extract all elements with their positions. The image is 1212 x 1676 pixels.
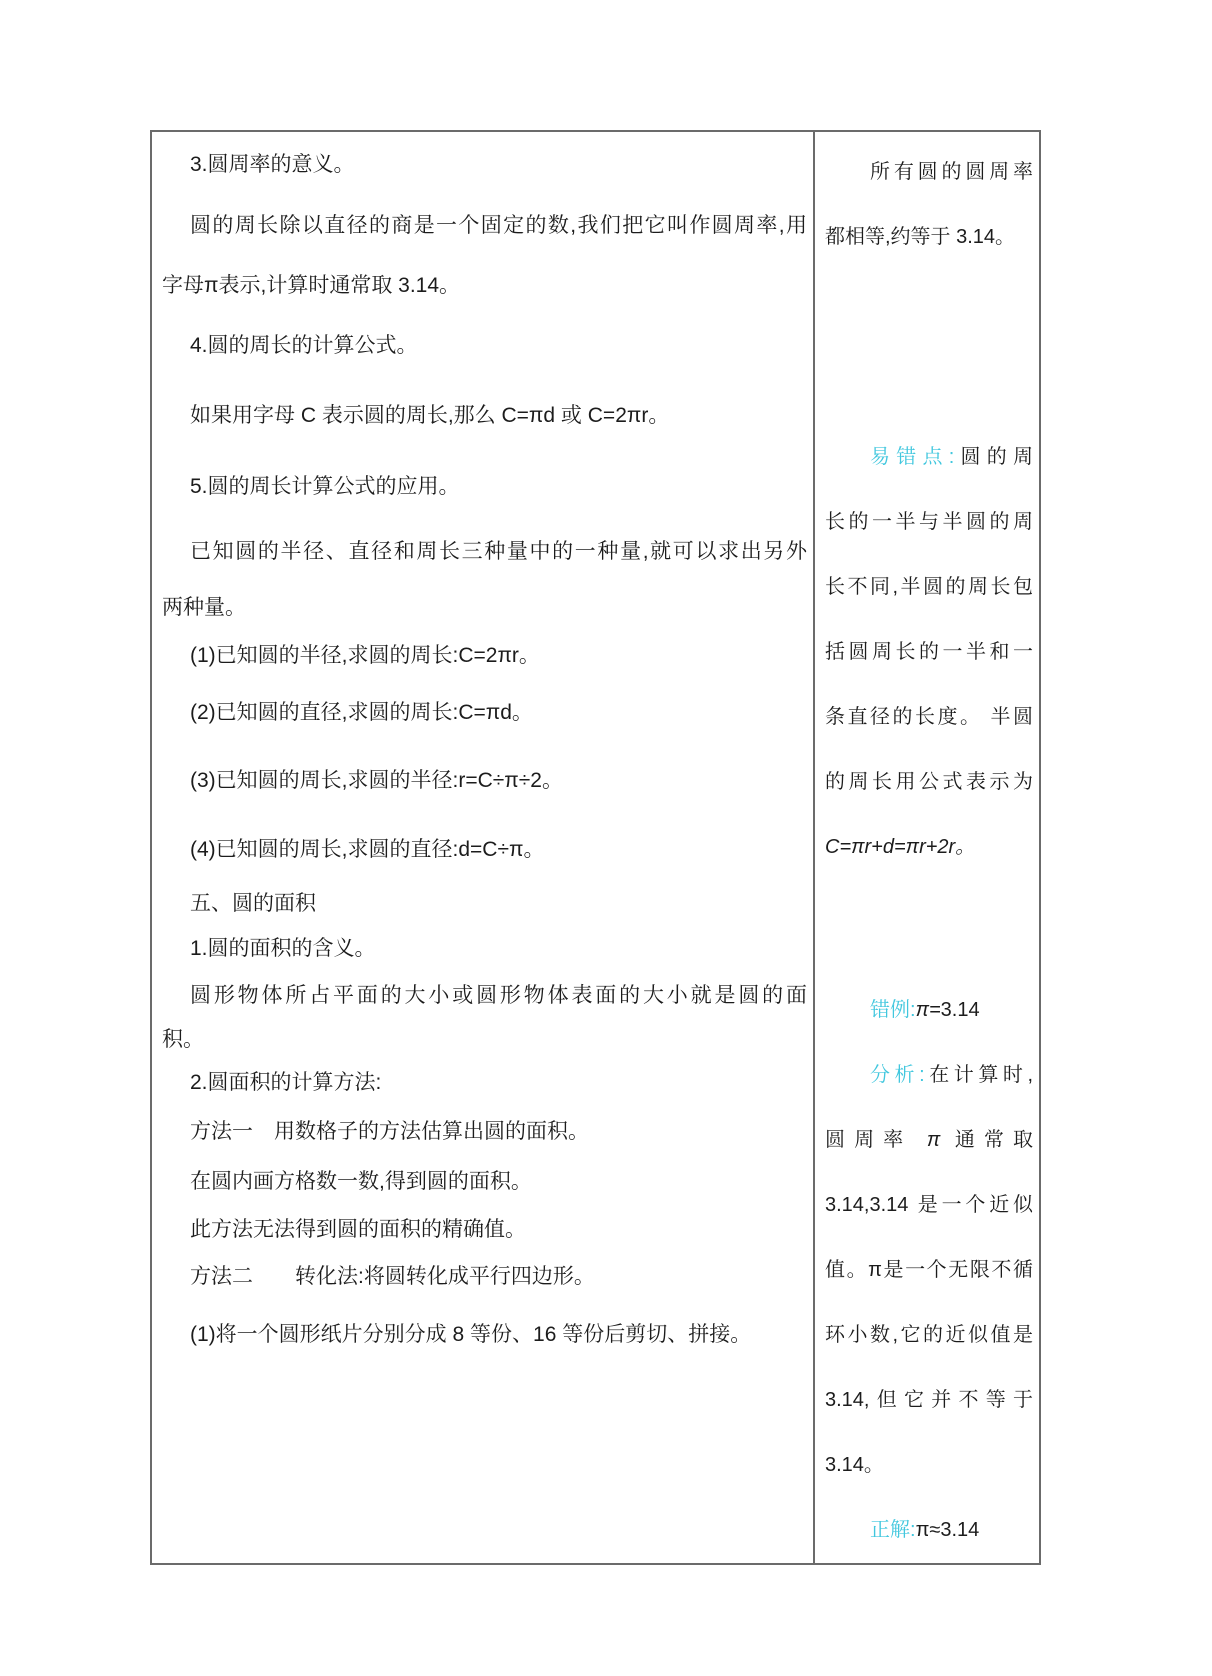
error-prone-note: 易错点:圆的周 xyxy=(825,425,1033,490)
section-heading: 五、圆的面积 xyxy=(162,881,807,926)
text-line: 3.圆周率的意义。 xyxy=(162,134,807,196)
text-line: 圆形物体所占平面的大小或圆形物体表面的大小就是圆的面 xyxy=(162,971,807,1021)
analysis-note: 分析:在计算时, xyxy=(825,1043,1033,1108)
text-run: π≈3.14 xyxy=(916,1519,980,1541)
text-run: 在计算时, xyxy=(925,1064,1033,1086)
document-table: 3.圆周率的意义。 圆的周长除以直径的商是一个固定的数,我们把它叫作圆周率,用 … xyxy=(150,130,1041,1565)
text-line: 方法一 用数格子的方法估算出圆的面积。 xyxy=(162,1107,807,1157)
text-line: 3.14,但它并不等于 xyxy=(825,1368,1033,1433)
text-line: 3.14。 xyxy=(825,1433,1033,1498)
text-line: 圆的周长除以直径的商是一个固定的数,我们把它叫作圆周率,用 xyxy=(162,196,807,256)
text-line: 条直径的长度。 半圆 xyxy=(825,685,1033,750)
wrong-example-label: 错例: xyxy=(870,999,916,1021)
text-run: 3.14 xyxy=(941,999,980,1021)
text-line: 字母π表示,计算时通常取 3.14。 xyxy=(162,256,807,316)
text-line: (3)已知圆的周长,求圆的半径:r=C÷π÷2。 xyxy=(162,744,807,818)
text-line: 环小数,它的近似值是 xyxy=(825,1303,1033,1368)
correct-answer-note: 正解:π≈3.14 xyxy=(825,1498,1033,1563)
semicircle-formula: C=πr+d=πr+2r。 xyxy=(825,815,1033,880)
text-line: 1.圆的面积的含义。 xyxy=(162,926,807,971)
text-line: (1)已知圆的半径,求圆的周长:C=2πr。 xyxy=(162,631,807,681)
text-line: 括圆周长的一半和一 xyxy=(825,620,1033,685)
text-line: (1)将一个圆形纸片分别分成 8 等份、16 等份后剪切、拼接。 xyxy=(162,1302,807,1368)
text-line: 长不同,半圆的周长包 xyxy=(825,555,1033,620)
text-line: 在圆内画方格数一数,得到圆的面积。 xyxy=(162,1157,807,1207)
text-line: 4.圆的周长的计算公式。 xyxy=(162,316,807,376)
text-line: 所有圆的圆周率 xyxy=(825,140,1033,205)
text-run: 圆的周 xyxy=(954,446,1033,468)
analysis-label: 分析: xyxy=(870,1064,925,1086)
text-line: 圆周率 π 通常取 xyxy=(825,1108,1033,1173)
text-line: 两种量。 xyxy=(162,584,807,631)
pi-symbol: π xyxy=(927,1129,940,1151)
error-prone-label: 易错点: xyxy=(870,446,954,468)
text-line: 都相等,约等于 3.14。 xyxy=(825,205,1033,270)
text-line: 积。 xyxy=(162,1021,807,1059)
text-line: 长的一半与半圆的周 xyxy=(825,490,1033,555)
text-line: 3.14,3.14 是一个近似 xyxy=(825,1173,1033,1238)
text-line: 2.圆面积的计算方法: xyxy=(162,1059,807,1107)
text-line: 已知圆的半径、直径和周长三种量中的一种量,就可以求出另外 xyxy=(162,519,807,584)
text-run: 圆周率 xyxy=(825,1129,927,1151)
text-run: 通常取 xyxy=(940,1129,1033,1151)
notes-column: 所有圆的圆周率 都相等,约等于 3.14。 易错点:圆的周 长的一半与半圆的周 … xyxy=(815,132,1039,1563)
text-line: (4)已知圆的周长,求圆的直径:d=C÷π。 xyxy=(162,818,807,881)
main-content-column: 3.圆周率的意义。 圆的周长除以直径的商是一个固定的数,我们把它叫作圆周率,用 … xyxy=(152,132,815,1563)
wrong-example-note: 错例:π=3.14 xyxy=(825,978,1033,1043)
document-page: 3.圆周率的意义。 圆的周长除以直径的商是一个固定的数,我们把它叫作圆周率,用 … xyxy=(0,0,1212,1676)
text-line: 的周长用公式表示为 xyxy=(825,750,1033,815)
text-line: 值。π是一个无限不循 xyxy=(825,1238,1033,1303)
text-line: 如果用字母 C 表示圆的周长,那么 C=πd 或 C=2πr。 xyxy=(162,376,807,455)
text-line: 此方法无法得到圆的面积的精确值。 xyxy=(162,1207,807,1252)
text-line: (2)已知圆的直径,求圆的周长:C=πd。 xyxy=(162,681,807,744)
text-line: 5.圆的周长计算公式的应用。 xyxy=(162,455,807,519)
text-line: 方法二 转化法:将圆转化成平行四边形。 xyxy=(162,1252,807,1302)
pi-symbol: π= xyxy=(916,999,941,1021)
correct-answer-label: 正解: xyxy=(870,1519,916,1541)
